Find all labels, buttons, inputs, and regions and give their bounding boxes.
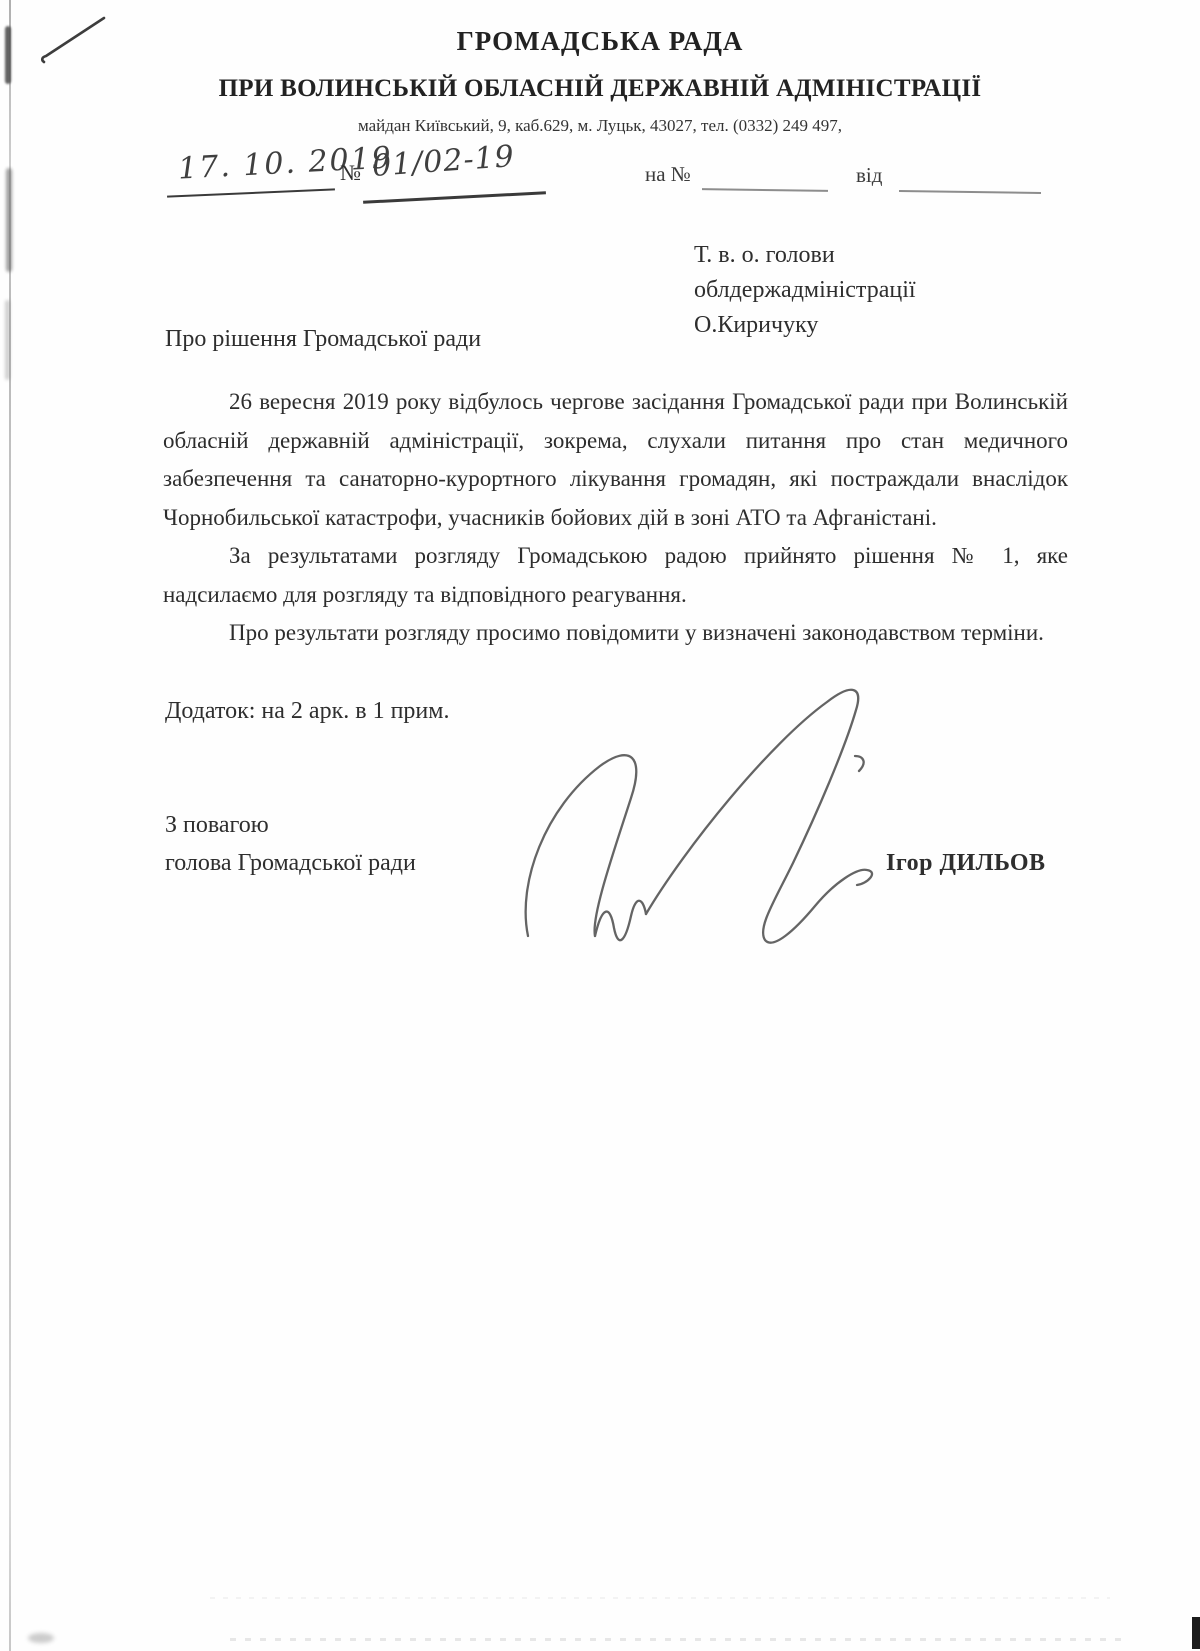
reply-date-label: від: [856, 163, 882, 188]
doc-number-label: №: [340, 160, 361, 186]
scan-noise-row: [230, 1638, 1130, 1641]
recipient-line-2: облдержадміністрації: [694, 273, 916, 308]
body-paragraph-3: Про результати розгляду просимо повідоми…: [163, 614, 1068, 653]
org-name-line2: ПРИ ВОЛИНСЬКІЙ ОБЛАСНІЙ ДЕРЖАВНІЙ АДМІНІ…: [30, 75, 1170, 103]
body-paragraph-2: За результатами розгляду Громадською рад…: [163, 537, 1068, 614]
doc-number-underline: [363, 191, 546, 203]
recipient-line-3: О.Киричуку: [694, 308, 916, 343]
handwritten-signature-icon: [505, 678, 905, 963]
scan-corner-mark: [1192, 1617, 1200, 1649]
closing-signer-title: голова Громадської ради: [165, 844, 416, 882]
handwritten-date: 17. 10. 2019: [177, 140, 393, 186]
scan-edge-blob: [5, 300, 10, 380]
handwritten-doc-number: 01/02-19: [371, 139, 516, 184]
scan-smudge: [28, 1633, 54, 1643]
attachment-note: Додаток: на 2 арк. в 1 прим.: [165, 698, 449, 725]
scanned-letter-page: ГРОМАДСЬКА РАДА ПРИ ВОЛИНСЬКІЙ ОБЛАСНІЙ …: [0, 0, 1200, 1651]
subject-line: Про рішення Громадської ради: [165, 326, 481, 353]
reply-number-label: на №: [645, 162, 691, 187]
closing-salutation: З повагою: [165, 806, 416, 844]
letter-body: 26 вересня 2019 року відбулось чергове з…: [163, 383, 1068, 653]
scan-edge-blob: [6, 168, 12, 272]
letterhead: ГРОМАДСЬКА РАДА ПРИ ВОЛИНСЬКІЙ ОБЛАСНІЙ …: [30, 26, 1170, 136]
scan-noise-row: [210, 1597, 1110, 1599]
recipient-line-1: Т. в. о. голови: [694, 238, 916, 273]
date-underline: [167, 188, 335, 197]
signer-name: Ігор ДИЛЬОВ: [886, 850, 1046, 877]
org-address: майдан Київський, 9, каб.629, м. Луцьк, …: [30, 116, 1170, 136]
closing-block: З повагою голова Громадської ради: [165, 806, 416, 882]
org-name-line1: ГРОМАДСЬКА РАДА: [30, 26, 1170, 57]
body-paragraph-1: 26 вересня 2019 року відбулось чергове з…: [163, 383, 1068, 537]
reply-date-blank-line: [899, 190, 1041, 194]
recipient-block: Т. в. о. голови облдержадміністрації О.К…: [694, 238, 916, 343]
reply-number-blank-line: [702, 188, 828, 191]
scan-edge-blob: [5, 26, 11, 84]
